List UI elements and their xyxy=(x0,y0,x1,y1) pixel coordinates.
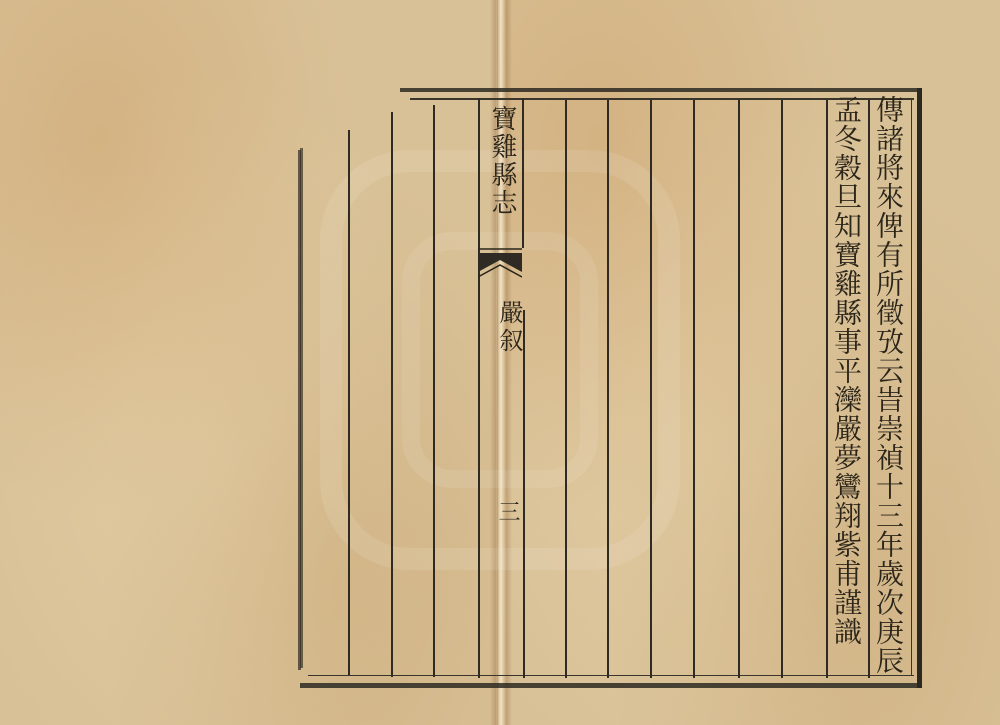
column-rule xyxy=(391,112,393,677)
text-column-2: 孟冬穀旦知寶雞縣事平灤嚴夢鸞翔紫甫謹識 xyxy=(832,95,860,646)
frame-inner-right xyxy=(911,98,913,676)
column-rule xyxy=(650,100,652,678)
column-rule xyxy=(523,310,525,678)
frame-inner-bottom xyxy=(308,675,914,677)
frame-right-border xyxy=(917,88,922,688)
column-rule xyxy=(826,100,828,678)
column-rule xyxy=(478,98,480,678)
column-rule xyxy=(522,98,524,248)
fishtail-ornament-icon xyxy=(478,248,522,278)
section-title: 嚴叙 xyxy=(492,300,527,356)
page-number: 三 xyxy=(492,500,523,522)
print-frame xyxy=(300,88,922,688)
column-rule xyxy=(565,100,567,678)
column-rule xyxy=(868,100,870,678)
frame-bottom-border xyxy=(300,683,922,688)
book-title: 寶雞縣志 xyxy=(484,105,521,217)
frame-top-border xyxy=(400,88,922,92)
column-rule xyxy=(781,100,783,678)
column-rule xyxy=(693,100,695,678)
column-rule xyxy=(607,100,609,678)
column-rule xyxy=(298,150,301,670)
text-column-1: 傳諸將來俾有所徵攷云旹崇禎十三年歲次庚辰 xyxy=(874,95,902,675)
column-rule xyxy=(738,100,740,678)
column-rule xyxy=(348,130,350,675)
column-rule xyxy=(433,105,435,677)
